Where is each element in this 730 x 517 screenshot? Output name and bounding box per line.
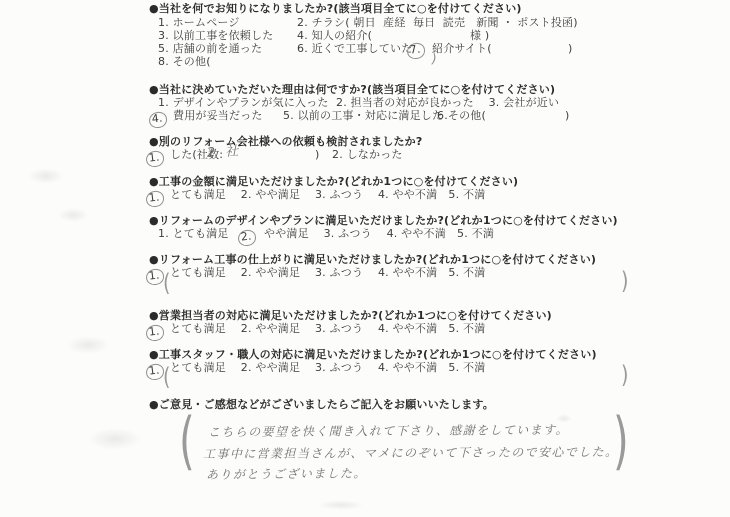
comment-area-close-bracket: ) [621, 362, 629, 390]
circled-answer-finish: 1. [146, 265, 164, 285]
design-options-rest: やや満足 3. ふつう 4. やや不満 5. 不満 [264, 228, 494, 241]
question-finish-title: ●リフォーム工事の仕上がりに満足いただけましたか?(どれか1つに○を付けてくださ… [149, 254, 596, 267]
option-reason-other: 6.その他( [437, 110, 486, 123]
option-nearby-construction: 6. 近くで工事していた [297, 43, 412, 56]
staff-options: とても満足 2. やや満足 3. ふつう 4. やや不満 5. 不満 [170, 362, 485, 375]
comments-open-bracket: ( [179, 404, 195, 478]
circle-mark: 1. [145, 268, 164, 286]
finish-options: とても満足 2. やや満足 3. ふつう 4. やや不満 5. 不満 [170, 267, 485, 280]
option-acquaintance-referral-suffix: 様 ) [470, 30, 489, 43]
question-staff-title: ●工事スタッフ・職人の対応に満足いただけましたか?(どれか1つに○を付けてくださ… [149, 349, 597, 362]
handwritten-company-count: 2 社 [207, 145, 242, 162]
circle-mark: 7. [406, 42, 425, 60]
option-storefront: 5. 店舗の前を通った [158, 43, 262, 56]
scan-smudge [88, 428, 142, 450]
circled-answer-did-consider: 1. [146, 147, 164, 167]
option-referral-site-close: ) [568, 43, 573, 56]
question-source-title: ●当社を何でお知りになりましたか?(該当項目全てに○を付けてください) [149, 3, 522, 16]
option-previous-work: 3. 以前工事を依頼した [158, 30, 273, 43]
option-homepage: 1. ホームページ [158, 17, 240, 30]
question-other-company-title: ●別のリフォーム会社様への依頼も検討されましたか? [149, 136, 422, 149]
handwritten-comment-line: 工事中に営業担当さんが、マメにのぞいて下さったので安心でした。 [203, 446, 618, 462]
circled-answer-price: 1. [146, 187, 164, 207]
option-did-not-consider: 2. しなかった [332, 149, 403, 162]
circle-mark: 2. [237, 229, 256, 247]
handwritten-comment-line: ありがとうございました。 [206, 467, 367, 482]
reason-options-line1: 1. デザインやプランが気に入った 2. 担当者の対応が良かった 3. 会社が近… [158, 97, 559, 110]
circled-answer-cost: 4. [149, 108, 167, 128]
question-reason-title: ●当社に決めていただいた理由は何ですか?(該当項目全てに○を付けてください) [149, 84, 555, 97]
question-price-title: ●工事の金額に満足いただけましたか?(どれか1つに○を付けてください) [149, 176, 518, 189]
circle-mark: 1. [145, 324, 164, 342]
question-comments-title: ●ご意見・ご感想などがございましたらご記入をお願いいたします。 [149, 399, 494, 412]
option-referral-site: 紹介サイト( [432, 43, 492, 56]
circle-mark: 1. [145, 150, 164, 168]
option-satisfied-previous: 5. 以前の工事・対応に満足した [283, 110, 443, 123]
option-reason-other-close: ) [565, 110, 570, 123]
comments-close-bracket: ) [613, 404, 629, 478]
circle-mark: 1. [145, 363, 164, 381]
design-option-1: 1. とても満足 [158, 228, 229, 241]
scanned-survey-page: { "colors": { "paper":"#fcfcfa", "ink":"… [0, 0, 730, 517]
circle-mark: 4. [148, 111, 167, 129]
scan-smudge [58, 208, 88, 222]
question-design-title: ●リフォームのデザインやプランに満足いただけましたか?(どれか1つに○を付けてく… [149, 215, 618, 228]
comment-area-open-bracket: ( [163, 270, 171, 298]
scan-smudge [556, 414, 572, 423]
option-cost-appropriate: 費用が妥当だった [173, 110, 263, 123]
circled-answer-design: 2. [238, 226, 256, 246]
circled-answer-sales: 1. [146, 321, 164, 341]
question-sales-title: ●営業担当者の対応に満足いただけましたか?(どれか1つに○を付けてください) [149, 310, 552, 323]
scan-smudge [28, 168, 64, 184]
comment-area-close-bracket: ) [621, 268, 629, 296]
pen-stroke-tail: ) [430, 53, 438, 69]
scan-smudge [66, 336, 110, 354]
option-flyer: 2. チラシ( 朝日 産経 毎日 読売 新聞 ・ ポスト投函) [297, 17, 578, 30]
scan-smudge [318, 500, 364, 510]
sales-options: とても満足 2. やや満足 3. ふつう 4. やや不満 5. 不満 [170, 323, 485, 336]
option-acquaintance-referral: 4. 知人の紹介( [297, 30, 372, 43]
circled-answer-referral-site: 7. [407, 39, 425, 59]
option-did-consider-close: ) [315, 149, 320, 162]
handwritten-comment-line: こちらの要望を快く聞き入れて下さり、感謝をしています。 [208, 424, 569, 440]
comment-area-open-bracket: ( [163, 364, 171, 392]
option-other: 8. その他( [158, 56, 211, 69]
circled-answer-staff: 1. [146, 360, 164, 380]
price-options: とても満足 2. やや満足 3. ふつう 4. やや不満 5. 不満 [170, 189, 485, 202]
circle-mark: 1. [145, 190, 164, 208]
